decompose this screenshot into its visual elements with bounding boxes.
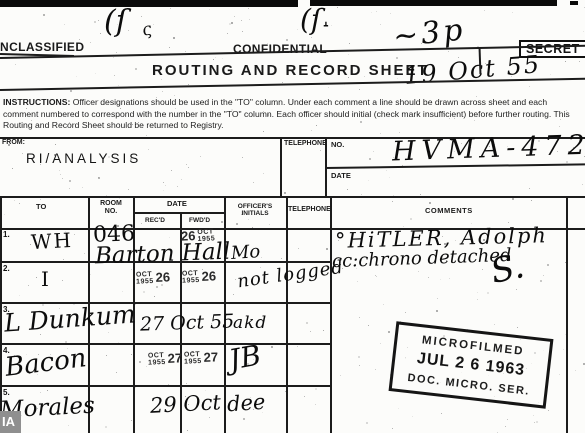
pen-mark: (ſ: [104, 4, 127, 39]
row-5-date: 29 Oct: [149, 390, 221, 418]
watermark-badge: IA: [0, 411, 21, 433]
row-4-initials: JB: [226, 338, 263, 376]
row-2-to: I: [41, 267, 49, 291]
row-4-recd-stamp: OCT 1955 27: [148, 351, 183, 366]
from-label: FROM:: [2, 139, 25, 146]
instructions-label: INSTRUCTIONS:: [3, 97, 70, 107]
header-fwdd: FWD'D: [189, 217, 210, 224]
row-number: 5.: [3, 388, 10, 397]
header-date: DATE: [167, 199, 187, 208]
scan-edge-bar: [0, 0, 298, 7]
pen-mark: (ſ˔: [300, 3, 331, 37]
header-comments: COMMENTS: [425, 206, 473, 215]
row-4-fwdd-stamp: OCT 1955 27: [184, 350, 219, 365]
instructions-text: INSTRUCTIONS: Officer designations shoul…: [3, 97, 581, 132]
grid-line: [280, 137, 282, 196]
row-number: 1.: [3, 230, 10, 239]
grid-line: [330, 196, 332, 433]
header-to: TO: [36, 202, 46, 211]
confidential-marking: CONFIDENTIAL: [233, 42, 327, 56]
header-officers-initials: OFFICER'S INITIALS: [232, 203, 278, 217]
header-telephone: TELEPHONE: [288, 206, 331, 213]
from-value: RI/ANALYSIS: [26, 151, 141, 166]
grid-line: [286, 196, 288, 433]
grid-line: [133, 212, 224, 214]
row-2-fwdd-stamp: OCT 1955 26: [182, 269, 217, 284]
row-2-recd-stamp: OCT 1955 26: [136, 270, 171, 285]
row-1-note: Barton Hall: [95, 239, 231, 270]
date-label: DATE: [331, 171, 351, 180]
scan-edge-bar: [570, 1, 578, 5]
row-number: 2.: [3, 264, 10, 273]
grid-line: [0, 302, 331, 304]
document-number-label: NO.: [331, 140, 344, 149]
row-5-initials: dee: [226, 390, 266, 417]
row-3-date: 27 Oct 55: [140, 310, 235, 335]
row-1-to: WH: [30, 228, 73, 254]
row-1-initials: Mo: [230, 241, 261, 264]
routing-sheet-title: ROUTING AND RECORD SHEET: [152, 62, 429, 79]
header-room: ROOM NO.: [98, 200, 124, 215]
unclassified-marking: NCLASSIFIED: [0, 40, 84, 54]
from-telephone-label: TELEPHONE: [284, 140, 327, 147]
grid-line: [0, 343, 331, 345]
scan-edge-bar: [310, 0, 557, 6]
header-recd: REC'D: [145, 217, 165, 224]
grid-line: [566, 196, 568, 433]
scanned-routing-record-sheet: NCLASSIFIED CONFIDENTIAL SECRET (ſ ς (ſ˔…: [0, 0, 585, 433]
row-3-initials: akd: [233, 313, 267, 333]
grid-line: [0, 385, 331, 387]
